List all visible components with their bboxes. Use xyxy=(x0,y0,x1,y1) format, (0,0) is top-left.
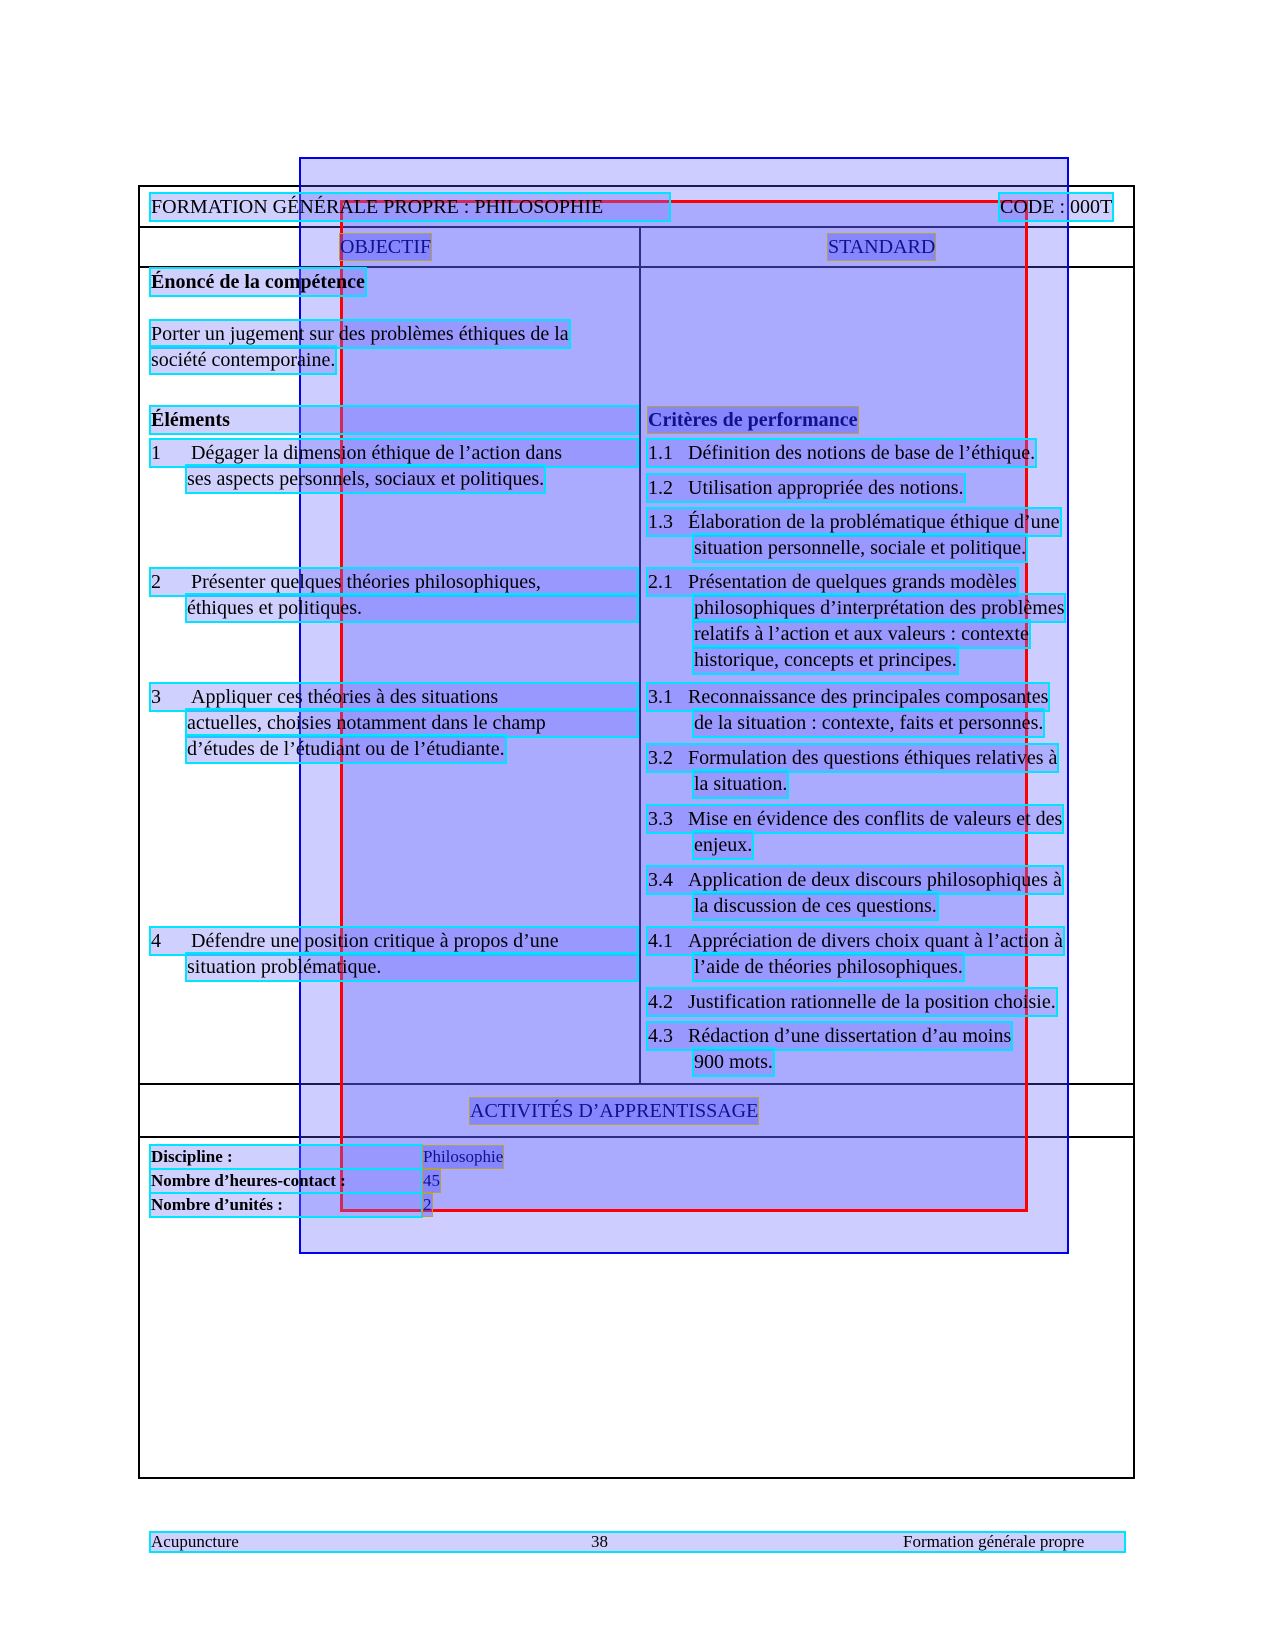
criteria-item: 1.3Élaboration de la problématique éthiq… xyxy=(648,509,1060,535)
activity-label: Nombre d’heures-contact : xyxy=(151,1170,421,1192)
criteria-item-line: l’aide de théories philosophiques. xyxy=(694,954,963,980)
criteria-item: 4.3Rédaction d’une dissertation d’au moi… xyxy=(648,1023,1011,1049)
activity-value: 45 xyxy=(423,1170,440,1192)
page-number: 38 xyxy=(591,1532,608,1552)
criteria-item-line: enjeux. xyxy=(694,832,752,858)
form-code: CODE : 000T xyxy=(1000,194,1112,220)
activity-value: Philosophie xyxy=(423,1146,503,1168)
element-item-line: situation problématique. xyxy=(187,954,637,980)
elements-heading: Éléments xyxy=(151,407,637,433)
element-item-line: d’études de l’étudiant ou de l’étudiante… xyxy=(187,736,505,762)
criteria-item: 4.2Justification rationnelle de la posit… xyxy=(648,989,1056,1015)
criteria-item: 3.4Application de deux discours philosop… xyxy=(648,867,1062,893)
activity-label: Discipline : xyxy=(151,1146,421,1168)
activity-value: 2 xyxy=(423,1194,432,1216)
criteria-item-line: la situation. xyxy=(694,771,787,797)
criteria-heading: Critères de performance xyxy=(648,407,858,433)
column-objectif: OBJECTIF xyxy=(340,234,431,260)
element-item: 2Présenter quelques théories philosophiq… xyxy=(151,569,637,595)
criteria-item-line: philosophiques d’interprétation des prob… xyxy=(694,595,1064,621)
element-item-line: éthiques et politiques. xyxy=(187,595,637,621)
criteria-item: 1.2Utilisation appropriée des notions. xyxy=(648,475,964,501)
criteria-item: 4.1Appréciation de divers choix quant à … xyxy=(648,928,1063,954)
criteria-item-line: historique, concepts et principes. xyxy=(694,647,957,673)
activity-label: Nombre d’unités : xyxy=(151,1194,421,1216)
form-title: FORMATION GÉNÉRALE PROPRE : PHILOSOPHIE xyxy=(151,194,669,220)
criteria-item: 3.2Formulation des questions éthiques re… xyxy=(648,745,1057,771)
criteria-item: 2.1Présentation de quelques grands modèl… xyxy=(648,569,1017,595)
element-item: 3Appliquer ces théories à des situations xyxy=(151,684,637,710)
criteria-item: 1.1Définition des notions de base de l’é… xyxy=(648,440,1035,466)
criteria-item: 3.3Mise en évidence des conflits de vale… xyxy=(648,806,1062,832)
criteria-item-line: la discussion de ces questions. xyxy=(694,893,937,919)
criteria-item-line: 900 mots. xyxy=(694,1049,773,1075)
competence-heading: Énoncé de la compétence xyxy=(151,269,365,295)
criteria-item-line: situation personnelle, sociale et politi… xyxy=(694,535,1026,561)
element-item-line: ses aspects personnels, sociaux et polit… xyxy=(187,466,544,492)
element-item: 4Défendre une position critique à propos… xyxy=(151,928,637,954)
competence-line: Porter un jugement sur des problèmes éth… xyxy=(151,321,569,347)
element-item-line: actuelles, choisies notamment dans le ch… xyxy=(187,710,637,736)
element-item: 1Dégager la dimension éthique de l’actio… xyxy=(151,440,637,466)
competence-line: société contemporaine. xyxy=(151,347,335,373)
footer-right: Formation générale propre xyxy=(903,1532,1084,1552)
activities-heading: ACTIVITÉS D’APPRENTISSAGE xyxy=(470,1098,758,1124)
criteria-item: 3.1Reconnaissance des principales compos… xyxy=(648,684,1048,710)
footer-left: Acupuncture xyxy=(151,1532,239,1552)
criteria-item-line: relatifs à l’action et aux valeurs : con… xyxy=(694,621,1029,647)
column-standard: STANDARD xyxy=(828,234,935,260)
criteria-item-line: de la situation : contexte, faits et per… xyxy=(694,710,1043,736)
